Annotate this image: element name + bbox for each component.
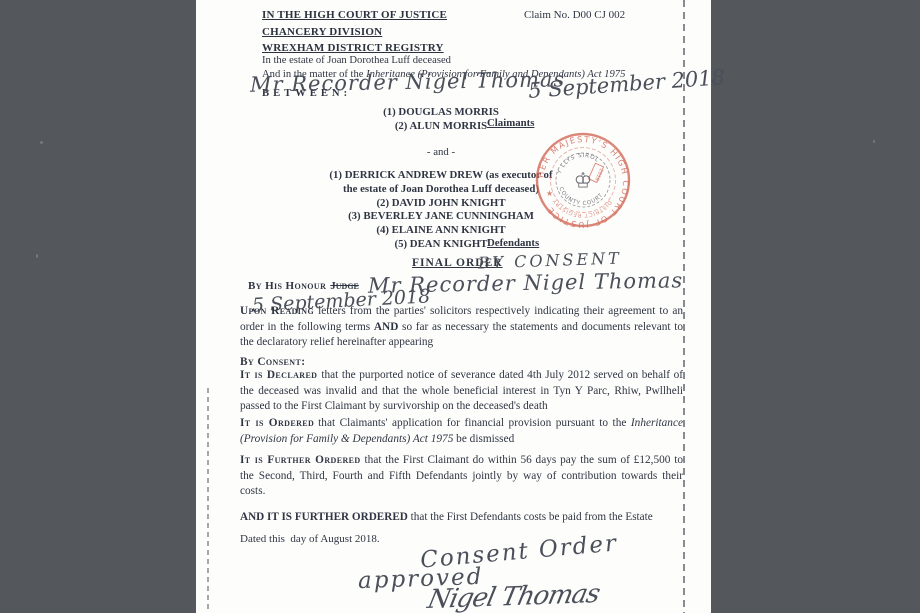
ordered-body-2: be dismissed: [453, 433, 514, 445]
court-heading: IN THE HIGH COURT OF JUSTICECHANCERY DIV…: [262, 7, 447, 57]
court-heading-line: CHANCERY DIVISION: [262, 24, 447, 41]
and-further-body: that the First Defendants costs be paid …: [408, 511, 653, 523]
court-stamp: HER MAJESTY'S HIGH COURT OF JUSTICE ★ Y …: [533, 130, 633, 230]
judge-signature: Nigel Thomas: [425, 579, 602, 613]
upon-lead: Upon Reading: [240, 305, 314, 317]
further-lead: It is Further Ordered: [240, 454, 361, 466]
order-paragraph-declared: It is Declaredthat the purported notice …: [240, 368, 683, 415]
claim-number: Claim No. D00 CJ 002: [524, 9, 625, 21]
upon-and: AND: [374, 321, 398, 333]
scan-speck: [36, 254, 38, 258]
order-paragraph-upon-reading: Upon Readingletters from the parties' so…: [240, 304, 683, 351]
by-honour-lead: By His Honour: [248, 280, 326, 292]
crown-icon: ♔: [574, 169, 593, 193]
defendants-label: Defendants: [487, 237, 539, 249]
order-paragraph-further-ordered: It is Further Orderedthat the First Clai…: [240, 453, 683, 500]
and-further-lead: AND IT IS FURTHER ORDERED: [240, 511, 408, 523]
stamp-star-icon: ★: [546, 189, 553, 198]
scan-speck: [873, 140, 875, 143]
dated-line: Dated this day of August 2018.: [240, 533, 380, 545]
estate-line: In the estate of Joan Dorothea Luff dece…: [262, 55, 451, 66]
declared-lead: It is Declared: [240, 369, 317, 381]
order-paragraph-and-further-ordered: AND IT IS FURTHER ORDERED that the First…: [240, 510, 710, 526]
handwritten-judge-name-top: Mr Recorder Nigel Thomas: [250, 67, 566, 96]
claimants-label: Claimants: [487, 117, 534, 129]
scan-line-artifact-right: [683, 0, 685, 613]
document-page: IN THE HIGH COURT OF JUSTICECHANCERY DIV…: [196, 0, 711, 613]
and-separator: - and -: [311, 146, 571, 160]
ordered-body-1: that Claimants' application for financia…: [318, 417, 631, 429]
scan-speck: [40, 141, 43, 144]
court-heading-line: IN THE HIGH COURT OF JUSTICE: [262, 7, 447, 24]
by-consent-heading: By Consent:: [240, 356, 305, 368]
ordered-lead: It is Ordered: [240, 417, 314, 429]
svg-text:2018: 2018: [593, 167, 604, 181]
scan-line-artifact-left: [207, 388, 209, 613]
order-paragraph-ordered: It is Orderedthat Claimants' application…: [240, 416, 683, 447]
